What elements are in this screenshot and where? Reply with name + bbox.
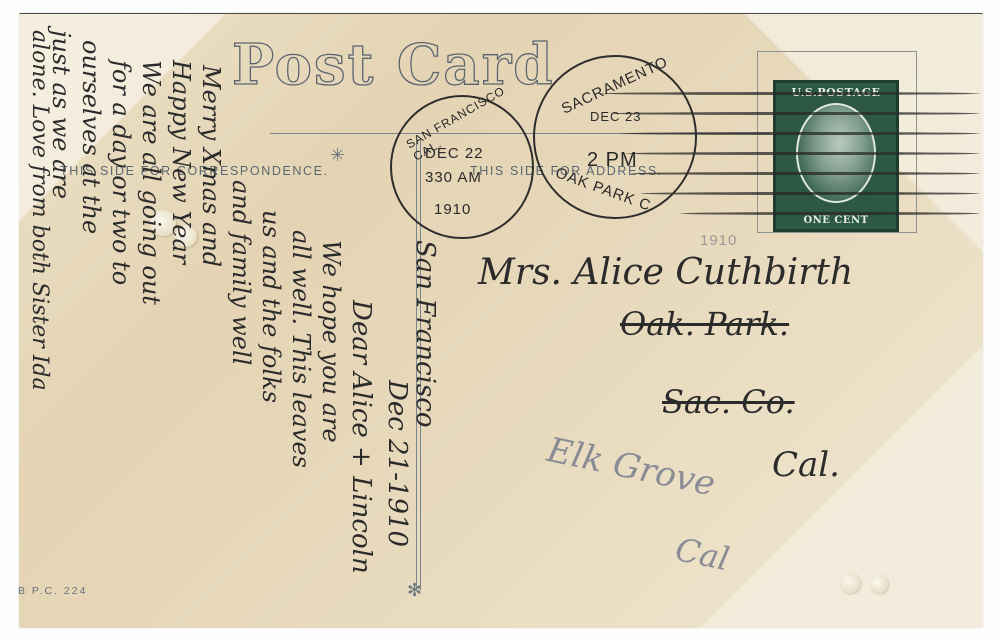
address-line3: Sac. Co. [662, 383, 795, 421]
postmark-sacramento: SACRAMENTO DEC 23 2 PM OAK PARK C [533, 55, 697, 219]
address-line2: Oak. Park. [620, 305, 789, 343]
address-line4: Cal. [772, 445, 840, 485]
postmark-time: 2 PM [587, 149, 638, 172]
postmark-year: 1910 [700, 232, 737, 249]
message-greeting: Dear Alice + Lincoln [346, 300, 376, 574]
embossed-berry [870, 575, 888, 593]
message-line: Merry Xmas and [197, 65, 225, 267]
postage-stamp: U.S.POSTAGE ONE CENT [773, 80, 899, 232]
publisher-mark: B P.C. 224 [18, 585, 87, 597]
message-line: We hope you are [317, 240, 345, 443]
message-line: alone. Love from both Sister Ida [27, 30, 52, 391]
address-name: Mrs. Alice Cuthbirth [478, 252, 853, 293]
message-date: Dec 21-1910 [382, 380, 412, 547]
stamp-bottom-text: ONE CENT [776, 215, 896, 226]
message-place: San Francisco [410, 240, 440, 427]
postmark-year: 1910 [434, 201, 471, 218]
message-line: for a day or two to [107, 60, 135, 285]
cancel-wave [680, 212, 980, 215]
embossed-berry [840, 573, 860, 593]
postmark-time: 330 AM [425, 169, 482, 186]
message-line: and family well [227, 180, 255, 365]
message-line: all well. This leaves [287, 230, 315, 468]
message-line: We are all going out [137, 60, 165, 305]
message-line: ourselves at the [77, 40, 105, 234]
postmark-date: DEC 23 [590, 109, 642, 124]
postmark-san-francisco: SAN FRANCISCO CAL. DEC 22 330 AM 1910 [390, 95, 534, 239]
scroll-ornament-icon: ✻ [407, 580, 422, 601]
cancel-wave [640, 192, 980, 195]
ornament-icon: ✳ [330, 145, 345, 166]
message-line: Happy New Year [167, 60, 195, 264]
postmark-date: DEC 22 [425, 145, 484, 162]
message-line: us and the folks [257, 210, 285, 403]
